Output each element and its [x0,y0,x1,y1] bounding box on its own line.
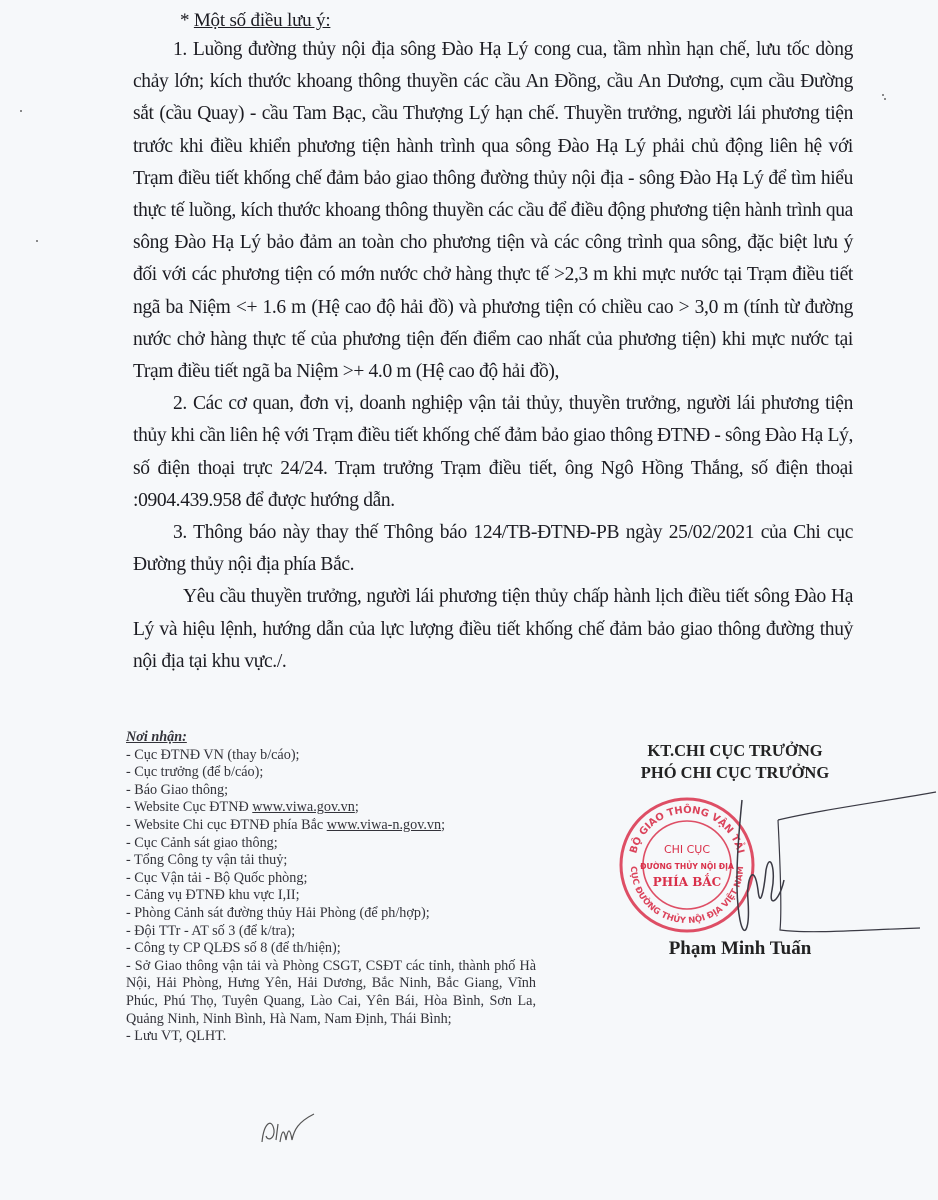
paragraph-1: 1. Luồng đường thủy nội địa sông Đào Hạ … [133,34,853,388]
recipient-item: - Cục Cảnh sát giao thông; [126,835,536,853]
recipient-item: - Cảng vụ ĐTNĐ khu vực I,II; [126,887,536,905]
paragraph-request: Yêu cầu thuyền trưởng, người lái phương … [133,581,853,678]
signer-title-1: KT.CHI CỤC TRƯỞNG [600,740,870,762]
recipient-text: - Website Cục ĐTNĐ [126,799,252,815]
recipient-item: - Lưu VT, QLHT. [126,1028,536,1046]
recipient-item: - Báo Giao thông; [126,782,536,800]
paragraph-3: 3. Thông báo này thay thế Thông báo 124/… [133,517,853,581]
scan-speck [882,94,884,96]
scan-speck [884,98,886,100]
recipient-item-website-viwa-n: - Website Chi cục ĐTNĐ phía Bắc www.viwa… [126,817,536,835]
recipient-text: - Website Chi cục ĐTNĐ phía Bắc [126,817,327,833]
viwa-link[interactable]: www.viwa.gov.vn [252,799,355,815]
handwritten-signature-icon [720,780,938,960]
recipient-item: - Cục ĐTNĐ VN (thay b/cáo); [126,747,536,765]
stamp-inner-1: CHI CỤC [664,843,710,856]
recipients-list: Nơi nhận: - Cục ĐTNĐ VN (thay b/cáo); - … [126,729,536,1046]
notes-bullet: * [180,10,194,31]
recipient-item: - Công ty CP QLĐS số 8 (để th/hiện); [126,940,536,958]
scan-speck [36,240,38,242]
scan-speck [20,110,22,112]
recipient-item: - Đội TTr - AT số 3 (để k/tra); [126,923,536,941]
initials-scribble-icon [258,1112,318,1152]
signer-name: Phạm Minh Tuấn [600,938,880,960]
suffix: ; [355,799,359,815]
recipient-item: - Cục Vận tải - Bộ Quốc phòng; [126,870,536,888]
notes-heading: * Một số điều lưu ý: [180,8,330,34]
recipient-item: - Sở Giao thông vận tải và Phòng CSGT, C… [126,958,536,1028]
recipient-item-website-viwa: - Website Cục ĐTNĐ www.viwa.gov.vn; [126,799,536,817]
signature-block: KT.CHI CỤC TRƯỞNG PHÓ CHI CỤC TRƯỞNG [600,740,870,784]
recipient-item: - Cục trưởng (để b/cáo); [126,764,536,782]
recipient-item: - Phòng Cảnh sát đường thủy Hải Phòng (đ… [126,905,536,923]
viwa-n-link[interactable]: www.viwa-n.gov.vn [327,817,441,833]
recipient-item: - Tổng Công ty vận tải thuỷ; [126,852,536,870]
notice-body: 1. Luồng đường thủy nội địa sông Đào Hạ … [133,34,853,678]
paragraph-2: 2. Các cơ quan, đơn vị, doanh nghiệp vận… [133,388,853,517]
stamp-inner-3: PHÍA BẮC [653,872,721,889]
document-page: * Một số điều lưu ý: 1. Luồng đường thủy… [0,0,938,1200]
suffix: ; [441,817,445,833]
recipients-title: Nơi nhận: [126,729,536,747]
notes-title: Một số điều lưu ý: [194,10,331,31]
